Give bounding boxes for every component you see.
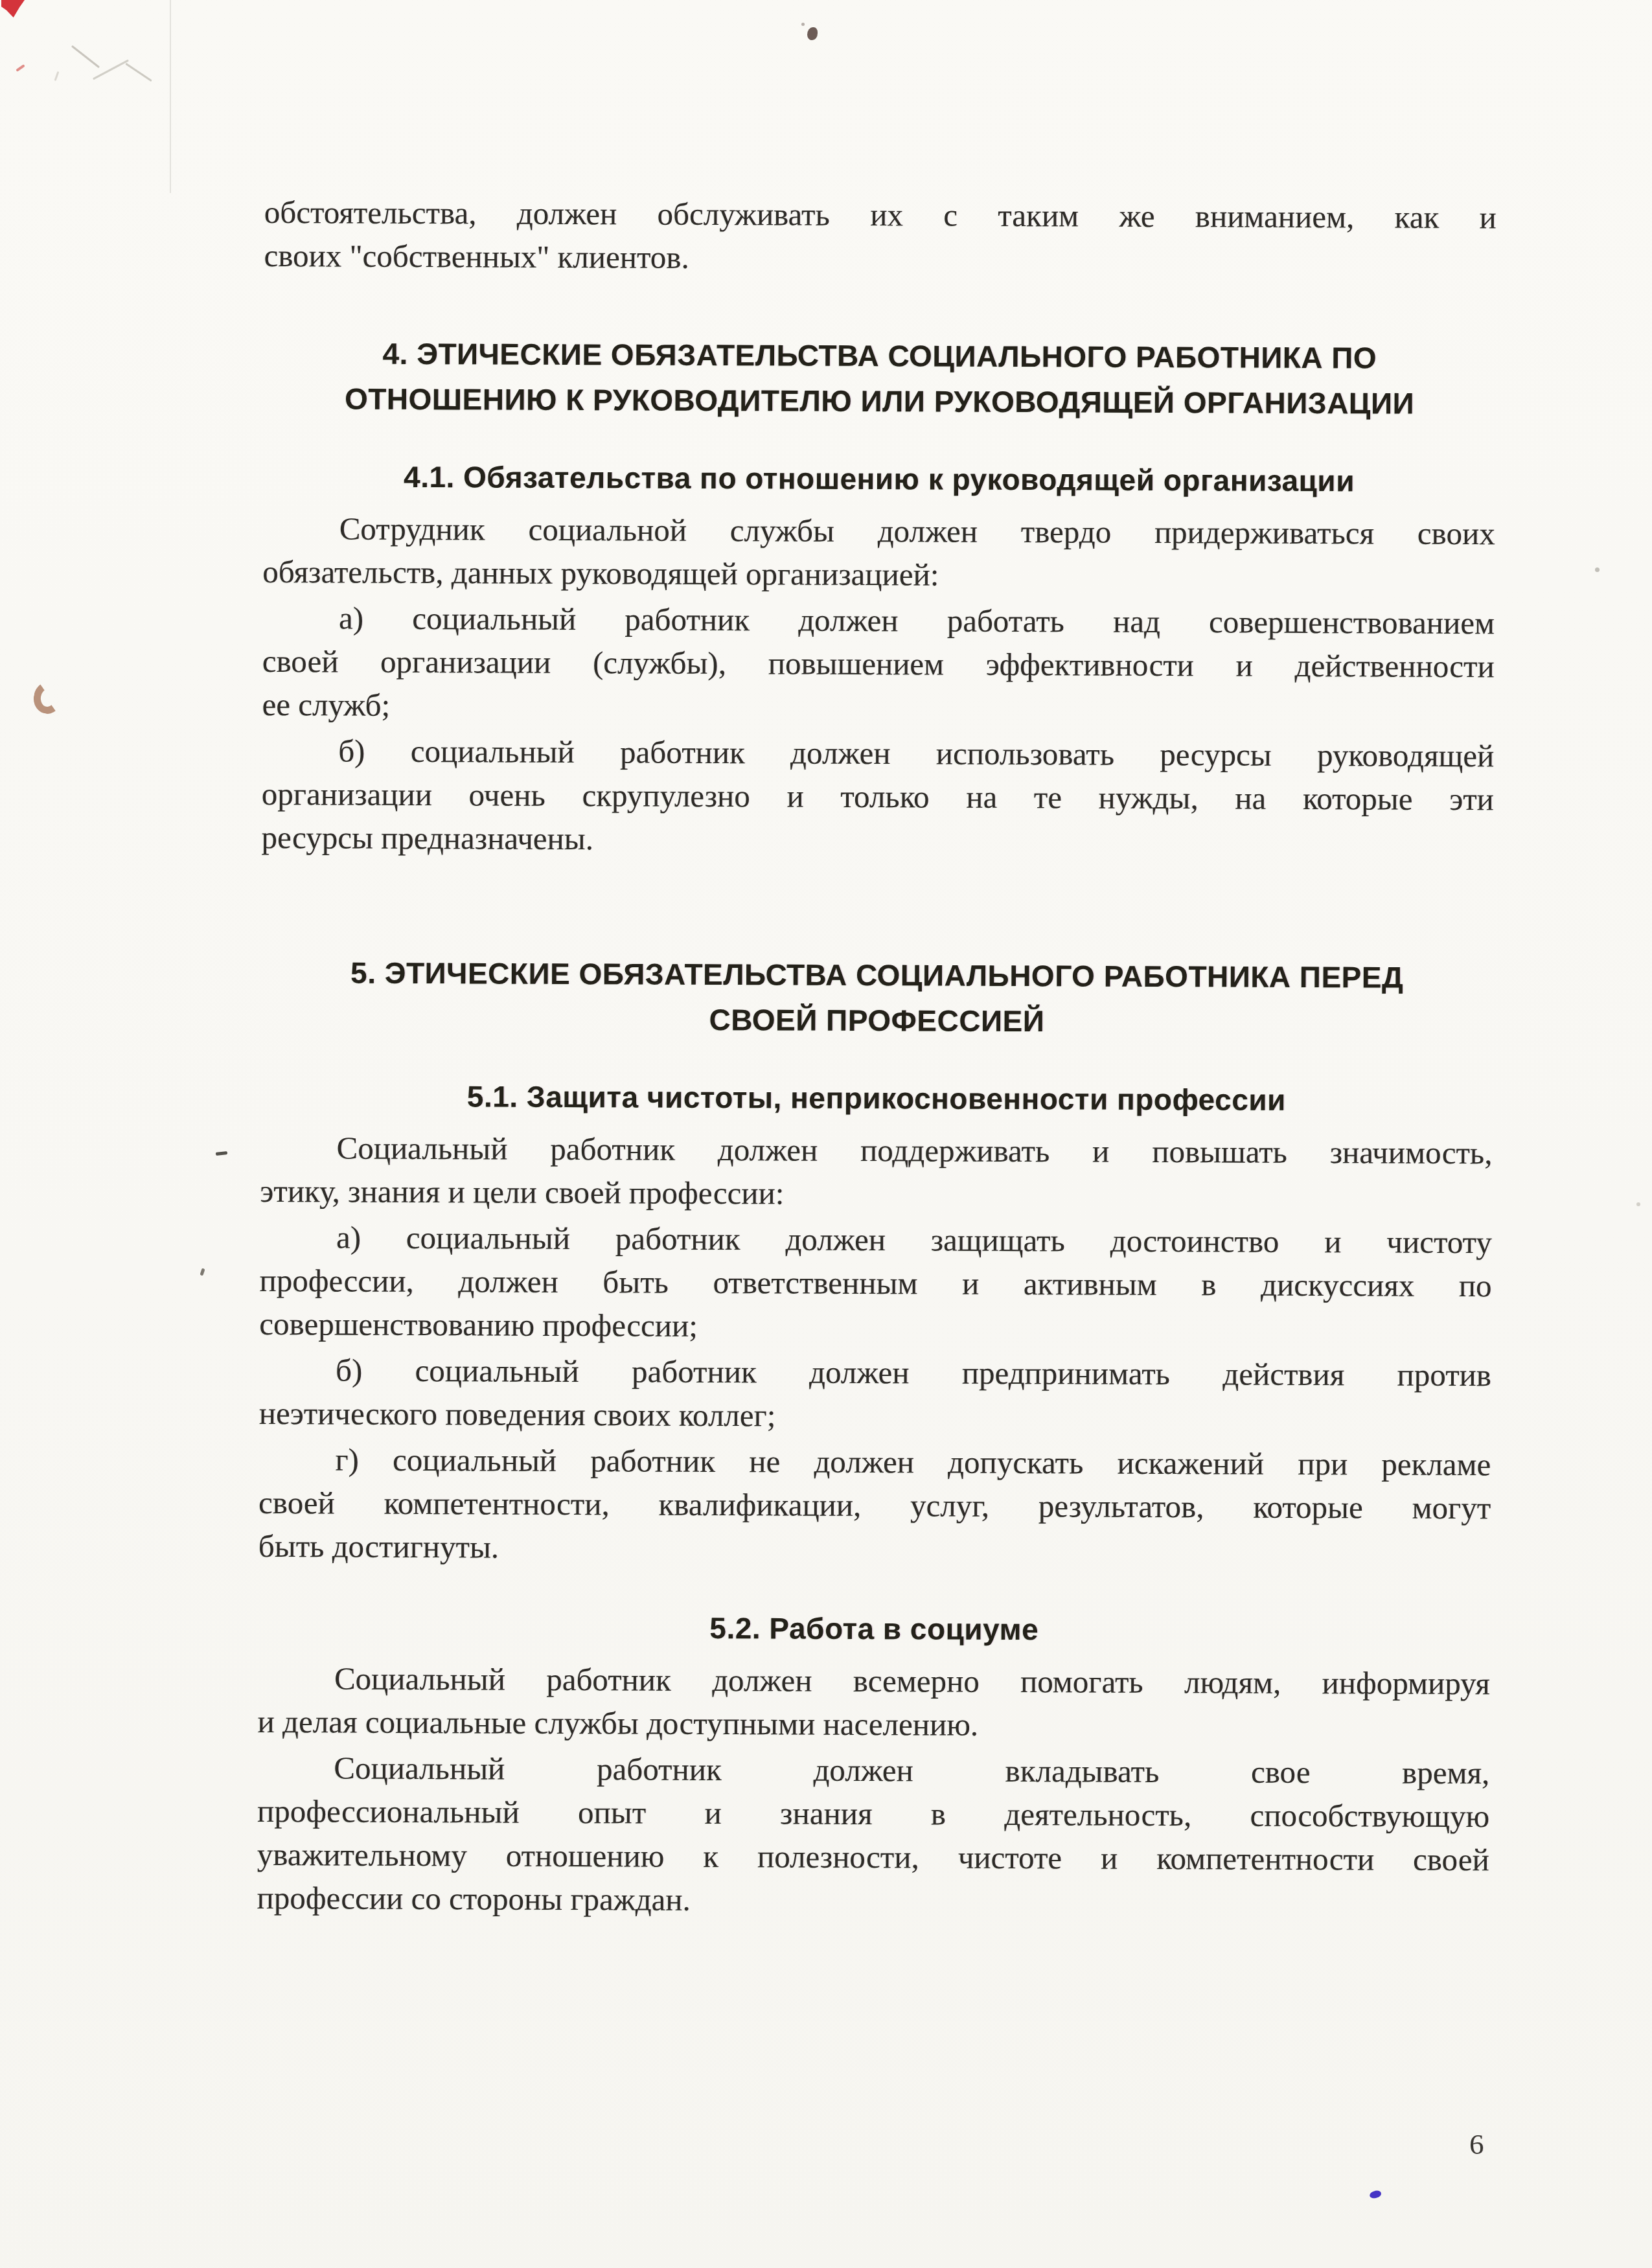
- pencil-scribble-icon: [93, 60, 129, 80]
- text-line: б) социальный работник должен предприним…: [259, 1348, 1491, 1397]
- text-line: своей компетентности, квалификации, услу…: [258, 1481, 1491, 1529]
- text-line: профессии со стороны граждан.: [257, 1876, 1489, 1925]
- heading-line: 4.1. Обязательства по отношению к руково…: [263, 453, 1495, 504]
- margin-tick-mark-icon: [200, 1268, 205, 1276]
- ink-speck-icon: [807, 27, 818, 40]
- text-line: Сотрудник социальной службы должен тверд…: [263, 507, 1495, 555]
- paragraph-5-2-first: Социальный работник должен всемерно помо…: [258, 1656, 1491, 1748]
- margin-dash-mark-icon: [216, 1151, 227, 1156]
- text-line: профессии, должен быть ответственным и а…: [260, 1259, 1492, 1307]
- paragraph-5-2-second: Социальный работник должен вкладывать св…: [257, 1746, 1489, 1925]
- text-line: обстоятельства, должен обслуживать их с …: [264, 190, 1497, 239]
- section-5-1-heading: 5.1. Защита чистоты, неприкосновенности …: [260, 1073, 1493, 1123]
- text-line: ее служб;: [262, 683, 1494, 731]
- blue-ink-dot-icon: [1369, 2190, 1382, 2199]
- red-pen-dash-icon: [16, 64, 25, 72]
- heading-line: 4. ЭТИЧЕСКИЕ ОБЯЗАТЕЛЬСТВА СОЦИАЛЬНОГО Р…: [264, 330, 1496, 381]
- text-line: своей организации (службы), повышением э…: [262, 639, 1495, 688]
- continuation-paragraph: обстоятельства, должен обслуживать их с …: [264, 190, 1497, 282]
- pencil-scribble-icon: [125, 63, 152, 82]
- text-line: обязательств, данных руководящей организ…: [262, 550, 1495, 599]
- section-5-2-heading: 5.2. Работа в социуме: [258, 1603, 1490, 1654]
- list-item-5-1-g: г) социальный работник не должен допуска…: [258, 1438, 1491, 1573]
- heading-line: 5. ЭТИЧЕСКИЕ ОБЯЗАТЕЛЬСТВА СОЦИАЛЬНОГО Р…: [261, 950, 1493, 1000]
- paragraph-5-1-intro: Социальный работник должен поддерживать …: [260, 1126, 1493, 1218]
- text-line: а) социальный работник должен работать н…: [262, 596, 1495, 645]
- heading-line: 5.1. Защита чистоты, неприкосновенности …: [260, 1073, 1493, 1123]
- pencil-scribble-icon: [54, 71, 60, 81]
- text-line: этику, знания и цели своей профессии:: [260, 1169, 1492, 1218]
- section-4-1-heading: 4.1. Обязательства по отношению к руково…: [263, 453, 1495, 504]
- text-line: Социальный работник должен вкладывать св…: [257, 1746, 1489, 1794]
- text-line: профессиональный опыт и знания в деятель…: [257, 1789, 1489, 1838]
- ink-speck-icon: [801, 23, 805, 26]
- text-line: б) социальный работник должен использова…: [262, 729, 1494, 777]
- text-line: г) социальный работник не должен допуска…: [258, 1438, 1491, 1486]
- paper-speck-icon: [1636, 1202, 1640, 1206]
- heading-line: СВОЕЙ ПРОФЕССИЕЙ: [260, 995, 1493, 1046]
- text-line: Социальный работник должен поддерживать …: [260, 1126, 1492, 1174]
- red-corner-mark-icon: [1, 0, 25, 17]
- section-4-heading: 4. ЭТИЧЕСКИЕ ОБЯЗАТЕЛЬСТВА СОЦИАЛЬНОГО Р…: [263, 330, 1496, 426]
- text-line: уважительному отношению к полезности, чи…: [257, 1833, 1489, 1881]
- paper-crease-line: [170, 0, 171, 193]
- text-line: Социальный работник должен всемерно помо…: [258, 1656, 1490, 1705]
- text-line: быть достигнуты.: [258, 1524, 1491, 1573]
- text-line: неэтического поведения своих коллег;: [259, 1392, 1491, 1440]
- text-line: своих "собственных" клиентов.: [264, 234, 1496, 282]
- pencil-scribble-icon: [71, 45, 100, 69]
- list-item-4-1-a: а) социальный работник должен работать н…: [262, 596, 1495, 731]
- heading-line: 5.2. Работа в социуме: [258, 1603, 1490, 1654]
- list-item-5-1-a: а) социальный работник должен защищать д…: [259, 1215, 1492, 1351]
- brown-ink-stain-icon: [31, 680, 65, 716]
- list-item-4-1-b: б) социальный работник должен использова…: [261, 729, 1494, 864]
- text-line: а) социальный работник должен защищать д…: [260, 1215, 1492, 1264]
- paper-speck-icon: [1595, 567, 1600, 572]
- document-blocks: обстоятельства, должен обслуживать их с …: [257, 190, 1497, 1927]
- text-line: организации очень скрупулезно и только н…: [262, 772, 1494, 821]
- text-line: совершенствованию профессии;: [259, 1302, 1491, 1351]
- text-line: ресурсы предназначены.: [261, 816, 1493, 864]
- text-line: и делая социальные службы доступными нас…: [258, 1700, 1490, 1748]
- paragraph-4-1-intro: Сотрудник социальной службы должен тверд…: [262, 507, 1495, 599]
- page-number: 6: [1469, 2127, 1484, 2161]
- list-item-5-1-b: б) социальный работник должен предприним…: [259, 1348, 1492, 1440]
- heading-line: ОТНОШЕНИЮ К РУКОВОДИТЕЛЮ ИЛИ РУКОВОДЯЩЕЙ…: [263, 376, 1495, 426]
- scanned-page: { "page": { "number": "6", "background":…: [0, 0, 1652, 2268]
- section-5-heading: 5. ЭТИЧЕСКИЕ ОБЯЗАТЕЛЬСТВА СОЦИАЛЬНОГО Р…: [260, 950, 1493, 1046]
